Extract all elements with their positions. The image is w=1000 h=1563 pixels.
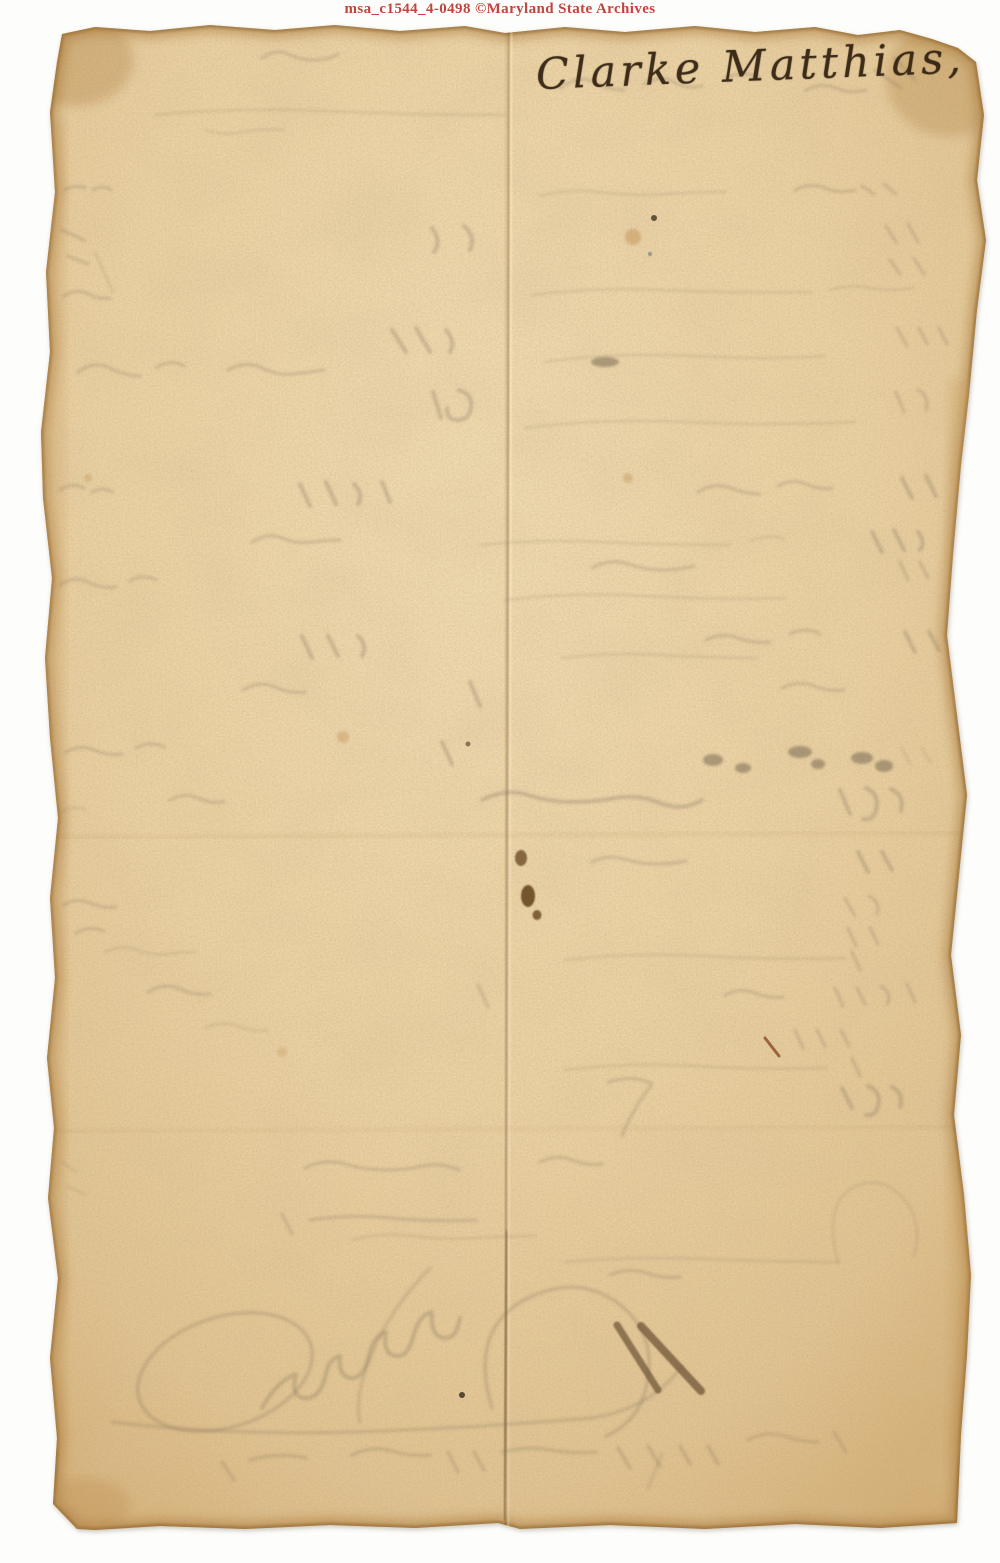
paper-grain: [38, 22, 990, 1545]
ink-speck: [648, 252, 652, 256]
ink-speck: [459, 1392, 465, 1398]
edge-shading-right: [948, 380, 990, 710]
smudge: [788, 746, 812, 758]
edge-shading-left: [40, 120, 66, 1450]
corner-shading-bottomleft: [34, 1479, 130, 1531]
smudge: [851, 752, 873, 764]
ink-speck: [466, 742, 471, 747]
foxing-stain: [625, 229, 641, 245]
ink-speck: [651, 215, 657, 221]
document-paper: [0, 22, 1000, 1563]
smudge: [591, 357, 619, 367]
foxing-stain: [337, 731, 349, 743]
archive-caption: msa_c1544_4-0498 ©Maryland State Archive…: [0, 1, 1000, 18]
smudge: [811, 759, 825, 769]
scan-background: msa_c1544_4-0498 ©Maryland State Archive…: [0, 0, 1000, 1563]
ink-blot: [515, 850, 527, 866]
smudge: [703, 754, 723, 766]
foxing-stain: [277, 1047, 287, 1057]
smudge: [875, 760, 893, 772]
foxing-stain: [84, 474, 92, 482]
foxing-stain: [623, 473, 633, 483]
ink-blot: [533, 910, 542, 920]
smudge: [735, 763, 751, 773]
edge-shading-right-lower: [948, 1150, 990, 1460]
ink-blot: [521, 885, 535, 907]
